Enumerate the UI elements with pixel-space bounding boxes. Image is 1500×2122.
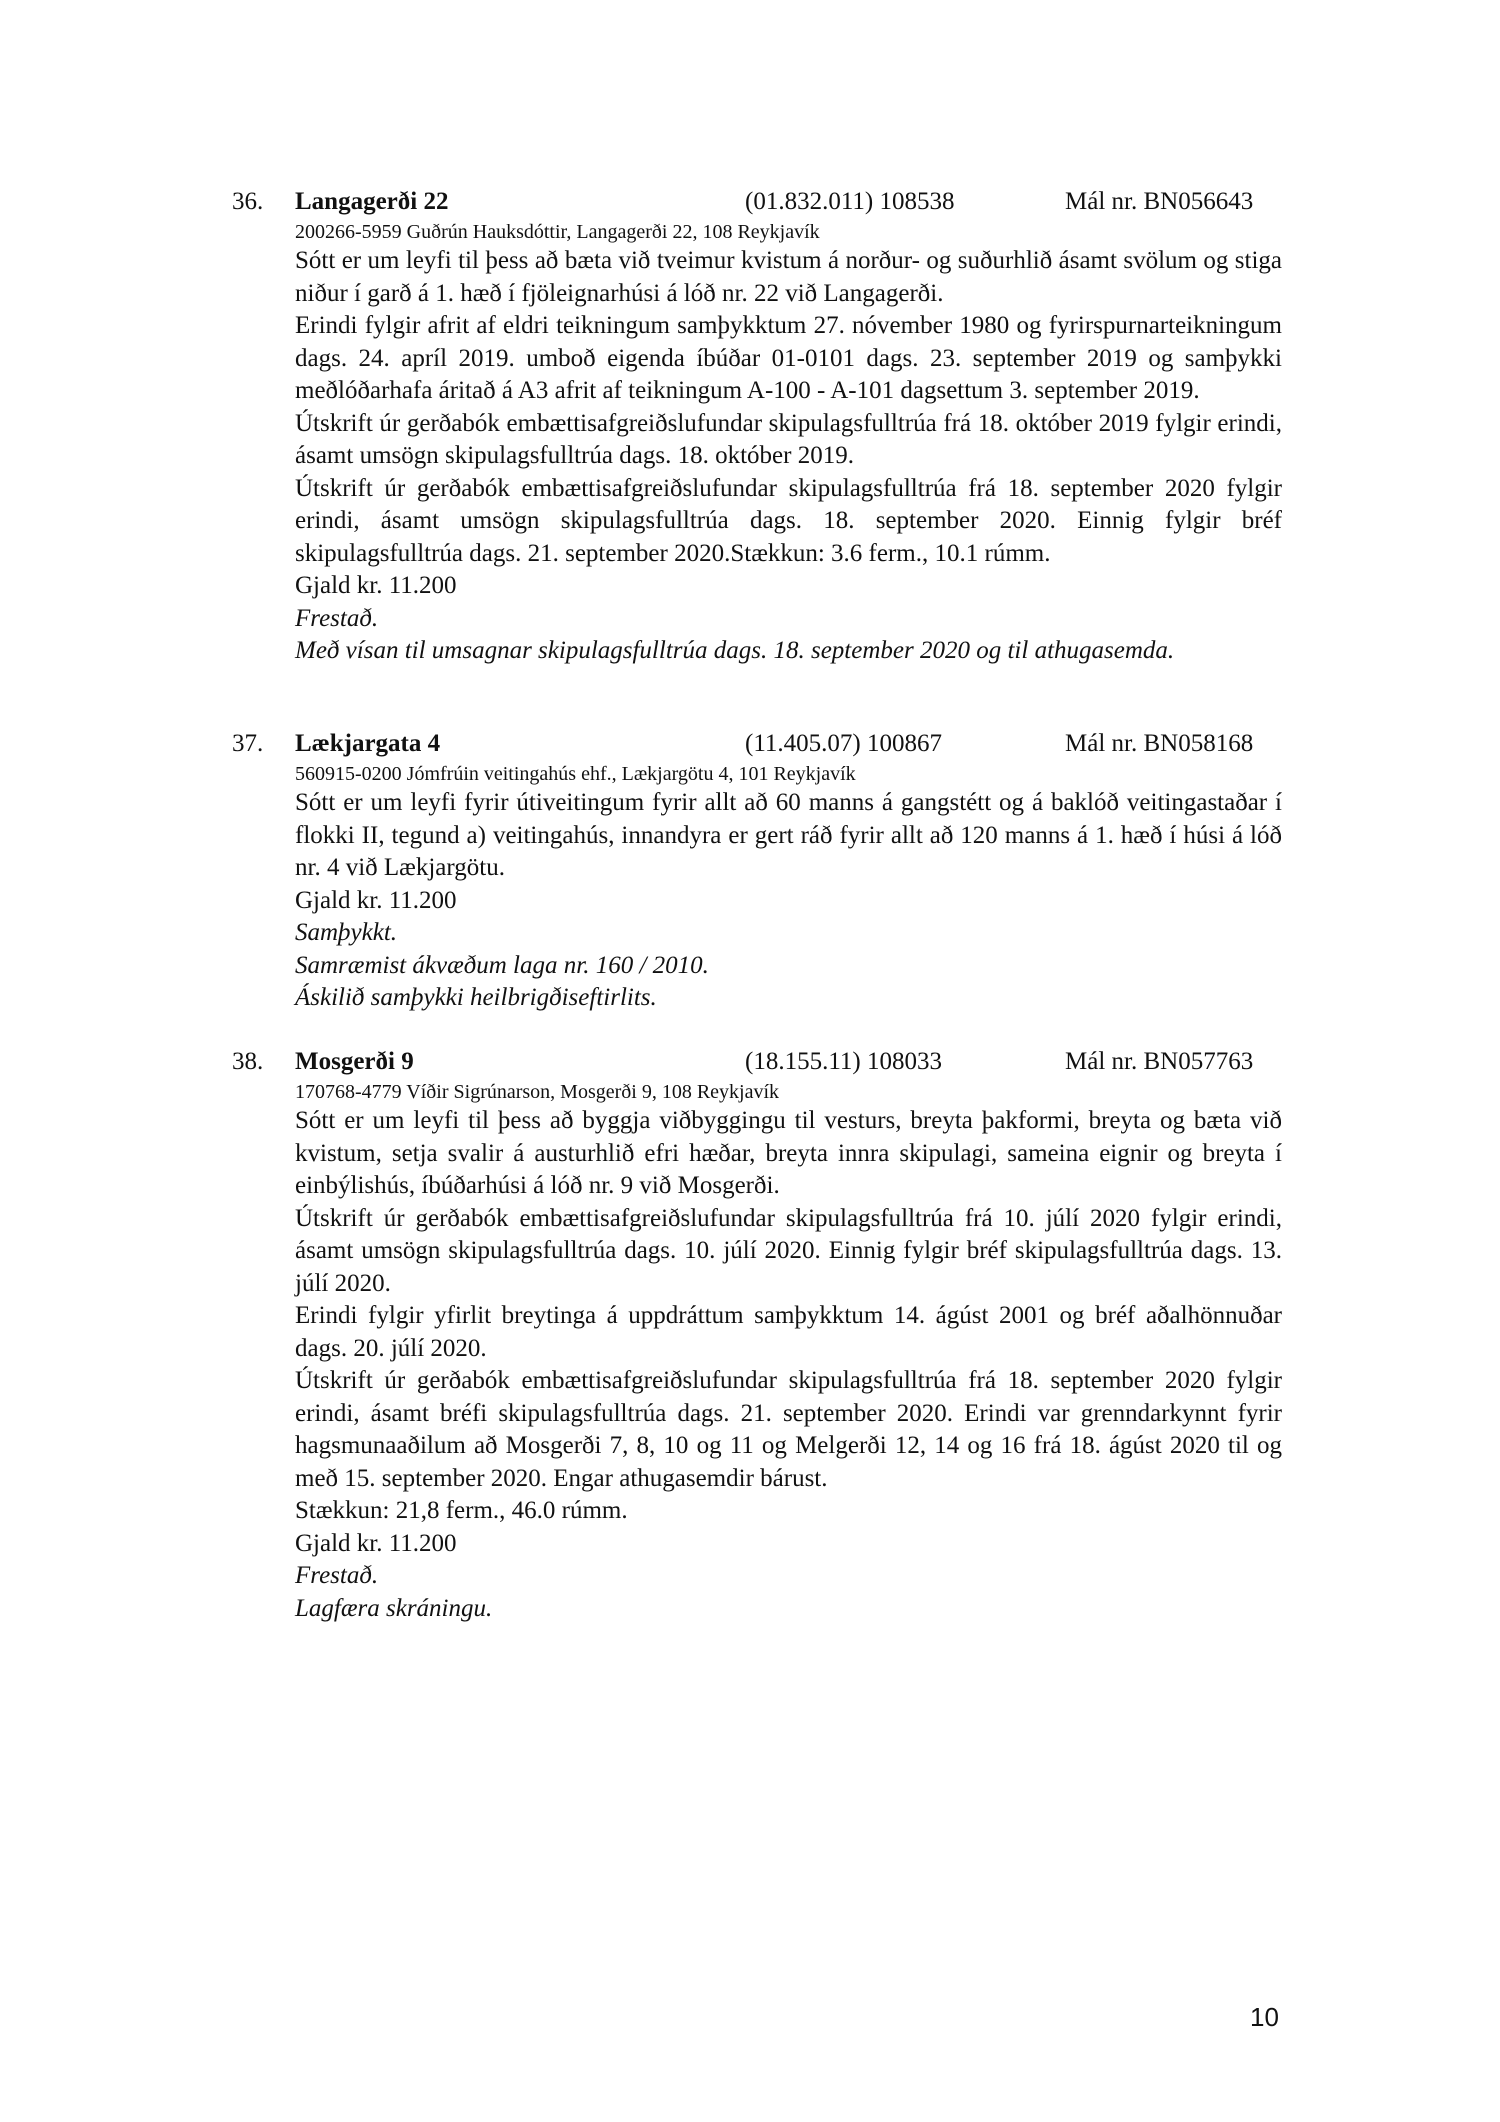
item-fee: Gjald kr. 11.200 (295, 570, 1282, 603)
item-number: 36. (232, 185, 263, 219)
item-paragraph: Útskrift úr gerðabók embættisafgreiðsluf… (295, 1365, 1282, 1495)
item-case-number: Mál nr. BN057763 (1065, 1045, 1253, 1079)
item-header: 36. Langagerði 22 (01.832.011) 108538 Má… (232, 185, 1282, 219)
item-body: Sótt er um leyfi til þess að bæta við tv… (295, 245, 1282, 668)
item-header: 37. Lækjargata 4 (11.405.07) 100867 Mál … (232, 727, 1282, 761)
item-case-number: Mál nr. BN058168 (1065, 727, 1253, 761)
item-fee: Gjald kr. 11.200 (295, 885, 1282, 918)
item-title: Lækjargata 4 (295, 727, 440, 761)
item-applicant: 560915-0200 Jómfrúin veitingahús ehf., L… (295, 761, 1282, 787)
item-paragraph: Sótt er um leyfi til þess að bæta við tv… (295, 245, 1282, 310)
item-title: Langagerði 22 (295, 185, 448, 219)
item-header: 38. Mosgerði 9 (18.155.11) 108033 Mál nr… (232, 1045, 1282, 1079)
item-parcel: (18.155.11) 108033 (745, 1045, 942, 1079)
item-case-number: Mál nr. BN056643 (1065, 185, 1253, 219)
item-paragraph: Útskrift úr gerðabók embættisafgreiðsluf… (295, 473, 1282, 571)
item-parcel: (11.405.07) 100867 (745, 727, 942, 761)
item-decision-note: Með vísan til umsagnar skipulagsfulltrúa… (295, 635, 1282, 668)
agenda-item: 36. Langagerði 22 (01.832.011) 108538 Má… (232, 185, 1282, 668)
item-body: Sótt er um leyfi fyrir útiveitingum fyri… (295, 787, 1282, 1015)
item-paragraph: Erindi fylgir afrit af eldri teikningum … (295, 310, 1282, 408)
agenda-item: 38. Mosgerði 9 (18.155.11) 108033 Mál nr… (232, 1045, 1282, 1625)
item-title: Mosgerði 9 (295, 1045, 414, 1079)
page-number: 10 (1250, 2002, 1279, 2033)
item-decision-note: Áskilið samþykki heilbrigðiseftirlits. (295, 982, 1282, 1015)
item-enlargement: Stækkun: 21,8 ferm., 46.0 rúmm. (295, 1495, 1282, 1528)
item-paragraph: Sótt er um leyfi fyrir útiveitingum fyri… (295, 787, 1282, 885)
item-paragraph: Erindi fylgir yfirlit breytinga á uppdrá… (295, 1300, 1282, 1365)
document-page: 36. Langagerði 22 (01.832.011) 108538 Má… (0, 0, 1500, 2122)
item-decision: Samþykkt. (295, 917, 1282, 950)
agenda-item: 37. Lækjargata 4 (11.405.07) 100867 Mál … (232, 727, 1282, 1015)
item-fee: Gjald kr. 11.200 (295, 1528, 1282, 1561)
item-number: 37. (232, 727, 263, 761)
item-number: 38. (232, 1045, 263, 1079)
item-decision: Frestað. (295, 1560, 1282, 1593)
item-decision-note: Lagfæra skráningu. (295, 1593, 1282, 1626)
item-parcel: (01.832.011) 108538 (745, 185, 954, 219)
item-paragraph: Útskrift úr gerðabók embættisafgreiðsluf… (295, 408, 1282, 473)
item-body: Sótt er um leyfi til þess að byggja viðb… (295, 1105, 1282, 1625)
item-decision: Frestað. (295, 603, 1282, 636)
item-applicant: 170768-4779 Víðir Sigrúnarson, Mosgerði … (295, 1079, 1282, 1105)
item-paragraph: Sótt er um leyfi til þess að byggja viðb… (295, 1105, 1282, 1203)
item-applicant: 200266-5959 Guðrún Hauksdóttir, Langager… (295, 219, 1282, 245)
item-decision-note: Samræmist ákvæðum laga nr. 160 / 2010. (295, 950, 1282, 983)
item-paragraph: Útskrift úr gerðabók embættisafgreiðsluf… (295, 1203, 1282, 1301)
